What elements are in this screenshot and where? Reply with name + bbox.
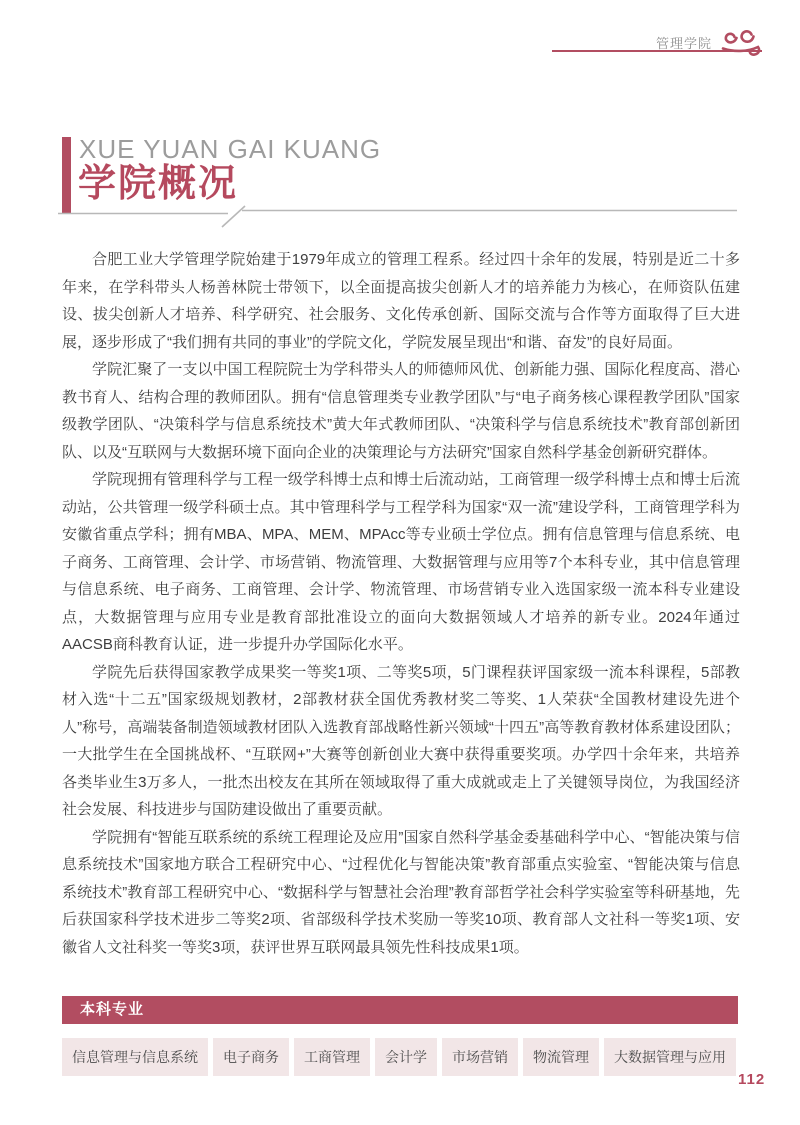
body-text: 合肥工业大学管理学院始建于1979年成立的管理工程系。经过四十余年的发展，特别是… [62, 246, 740, 961]
page-number: 112 [738, 1071, 765, 1088]
major-chip: 信息管理与信息系统 [62, 1038, 208, 1076]
running-header: 管理学院 [552, 28, 762, 66]
cloud-swirl-icon [720, 28, 762, 60]
body-paragraph: 学院拥有“智能互联系统的系统工程理论及应用”国家自然科学基金委基础科学中心、“智… [62, 824, 740, 962]
major-chip: 大数据管理与应用 [604, 1038, 736, 1076]
body-paragraph: 学院先后获得国家教学成果奖一等奖1项、二等奖5项，5门课程获评国家级一流本科课程… [62, 659, 740, 824]
title-divider [58, 200, 738, 232]
major-chip: 会计学 [375, 1038, 437, 1076]
majors-list: 信息管理与信息系统电子商务工商管理会计学市场营销物流管理大数据管理与应用 [62, 1038, 740, 1076]
body-paragraph: 学院汇聚了一支以中国工程院院士为学科带头人的师德师风优、创新能力强、国际化程度高… [62, 356, 740, 466]
body-paragraph: 合肥工业大学管理学院始建于1979年成立的管理工程系。经过四十余年的发展，特别是… [62, 246, 740, 356]
major-chip: 工商管理 [294, 1038, 370, 1076]
title-pinyin: XUE YUAN GAI KUANG [79, 134, 381, 164]
major-chip: 电子商务 [213, 1038, 289, 1076]
section-title: 本科专业 [80, 1001, 144, 1018]
body-paragraph: 学院现拥有管理科学与工程一级学科博士点和博士后流动站，工商管理一级学科博士点和博… [62, 466, 740, 659]
major-chip: 市场营销 [442, 1038, 518, 1076]
section-header-bar: 本科专业 [62, 996, 738, 1024]
major-chip: 物流管理 [523, 1038, 599, 1076]
document-page: 管理学院 XUE YUAN GAI KUANG 学院概况 合肥工业大学管理学院始… [0, 0, 800, 1125]
